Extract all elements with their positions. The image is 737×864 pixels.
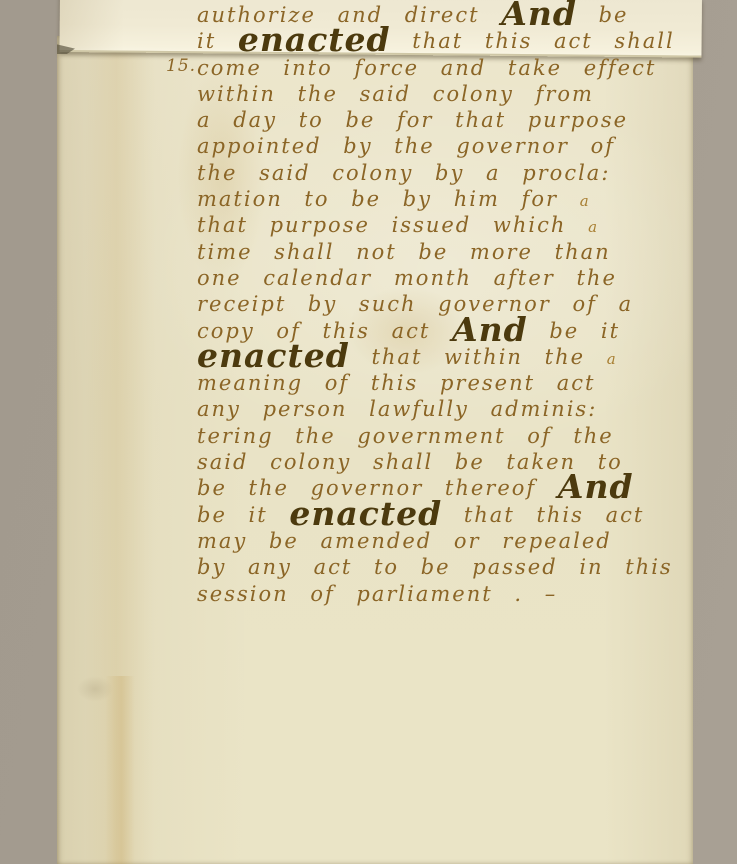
display-word: enacted — [289, 494, 442, 533]
script-text: that purpose issued which — [197, 213, 588, 237]
script-text: tering the government of the — [197, 424, 614, 448]
script-text: appointed by the governor of — [197, 134, 615, 158]
script-text: it — [197, 29, 238, 53]
script-text: session of parliament . – — [197, 582, 557, 606]
handwritten-text-block: authorize and direct And beit enacted th… — [197, 2, 709, 607]
script-text: that this act — [442, 503, 644, 527]
manuscript-line: it enacted that this act shall — [197, 28, 709, 54]
script-text: mation to be by him for — [197, 187, 580, 211]
parchment-stain-bottom — [105, 676, 135, 864]
script-text: that within the — [350, 345, 607, 369]
display-word: And — [558, 467, 634, 506]
line-filler-mark: a — [588, 218, 597, 236]
script-text: the said colony by a procla: — [197, 161, 610, 185]
manuscript-line: the said colony by a procla: — [197, 160, 709, 186]
manuscript-line: come into force and take effect — [197, 55, 709, 81]
script-text: may be amended or repealed — [197, 529, 612, 553]
manuscript-line: meaning of this present act — [197, 370, 709, 396]
script-text: within the said colony from — [197, 82, 594, 106]
manuscript-line: be the governor thereof And — [197, 475, 709, 501]
parchment-smudge — [77, 676, 113, 702]
parchment-stain-vertical — [85, 36, 155, 864]
manuscript-line: time shall not be more than — [197, 239, 709, 265]
manuscript-line: one calendar month after the — [197, 265, 709, 291]
manuscript-line: by any act to be passed in this — [197, 554, 709, 580]
script-text: be it — [197, 503, 289, 527]
manuscript-line: may be amended or repealed — [197, 528, 709, 554]
script-text: meaning of this present act — [197, 371, 595, 395]
manuscript-line: tering the government of the — [197, 423, 709, 449]
line-filler-mark: a — [607, 350, 616, 368]
script-text: a day to be for that purpose — [197, 108, 628, 132]
display-word: enacted — [197, 336, 350, 375]
manuscript-line: mation to be by him for a — [197, 186, 709, 212]
script-text: by any act to be passed in this — [197, 555, 673, 579]
manuscript-line: be it enacted that this act — [197, 502, 709, 528]
script-text: be — [577, 3, 629, 27]
script-text: be it — [528, 319, 620, 343]
manuscript-line: a day to be for that purpose — [197, 107, 709, 133]
script-text: any person lawfully adminis: — [197, 397, 597, 421]
script-text: one calendar month after the — [197, 266, 617, 290]
manuscript-line: appointed by the governor of — [197, 133, 709, 159]
clause-number: 15. — [166, 56, 196, 76]
line-filler-mark: a — [580, 192, 589, 210]
manuscript-scan: 15. authorize and direct And beit enacte… — [0, 0, 737, 864]
manuscript-line: any person lawfully adminis: — [197, 396, 709, 422]
script-text: time shall not be more than — [197, 240, 611, 264]
manuscript-line: that purpose issued which a — [197, 212, 709, 238]
manuscript-line: session of parliament . – — [197, 581, 709, 607]
manuscript-line: within the said colony from — [197, 81, 709, 107]
display-word: And — [452, 310, 528, 349]
manuscript-line: enacted that within the a — [197, 344, 709, 370]
display-word: enacted — [238, 20, 391, 59]
script-text: receipt by such governor of a — [197, 292, 633, 316]
script-text: come into force and take effect — [197, 56, 656, 80]
script-text: that this act shall — [391, 29, 675, 53]
